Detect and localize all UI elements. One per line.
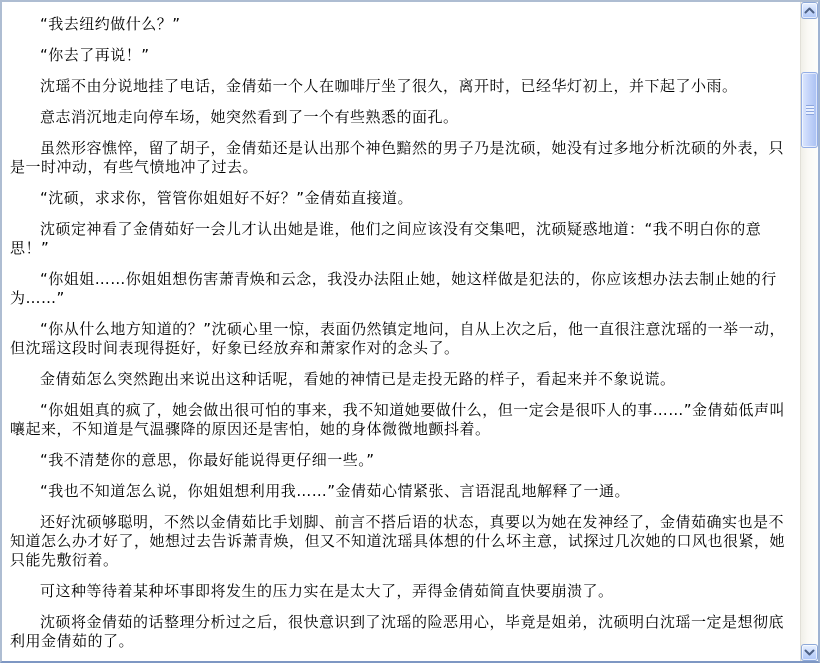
- paragraph: “你姐姐真的疯了，她会做出很可怕的事来，我不知道她要做什么，但一定会是很吓人的事…: [10, 401, 789, 439]
- paragraph: “你从什么地方知道的？”沈硕心里一惊，表面仍然镇定地问，自从上次之后，他一直很注…: [10, 320, 789, 358]
- paragraph: 还好沈硕够聪明，不然以金倩茹比手划脚、前言不搭后语的状态，真要以为她在发神经了，…: [10, 513, 789, 570]
- scroll-down-button[interactable]: [801, 644, 818, 661]
- paragraph: “沈硕，求求你，管管你姐姐好不好？”金倩茹直接道。: [10, 189, 789, 208]
- paragraph: 沈硕将金倩茹的话整理分析过之后，很快意识到了沈瑶的险恶用心，毕竟是姐弟，沈硕明白…: [10, 613, 789, 651]
- paragraph: “我不清楚你的意思，你最好能说得更仔细一些。”: [10, 451, 789, 470]
- paragraph: 沈硕定神看了金倩茹好一会儿才认出她是谁，他们之间应该没有交集吧，沈硕疑惑地道：“…: [10, 220, 789, 258]
- paragraph: 沈瑶不由分说地挂了电话，金倩茹一个人在咖啡厅坐了很久，离开时，已经华灯初上，并下…: [10, 77, 789, 96]
- paragraph: “我也不知道怎么说，你姐姐想利用我……”金倩茹心情紧张、言语混乱地解释了一通。: [10, 482, 789, 501]
- scroll-up-button[interactable]: [801, 2, 818, 19]
- scrollbar-grip-icon: [806, 105, 814, 115]
- paragraph: 金倩茹怎么突然跑出来说出这种话呢，看她的神情已是走投无路的样子，看起来并不象说谎…: [10, 370, 789, 389]
- scrollbar-thumb[interactable]: [801, 72, 818, 148]
- scrollbar-track[interactable]: [801, 19, 818, 644]
- paragraph: “我去纽约做什么？”: [10, 15, 789, 34]
- paragraph: “你姐姐……你姐姐想伤害萧青焕和云念，我没办法阻止她，她这样做是犯法的，你应该想…: [10, 270, 789, 308]
- chevron-up-icon: [804, 7, 815, 14]
- paragraph: 虽然形容憔悴，留了胡子，金倩茹还是认出那个神色黯然的男子乃是沈硕，她没有过多地分…: [10, 139, 789, 177]
- chevron-down-icon: [804, 649, 815, 656]
- paragraph: “你去了再说！”: [10, 46, 789, 65]
- paragraph: 意志消沉地走向停车场，她突然看到了一个有些熟悉的面孔。: [10, 108, 789, 127]
- vertical-scrollbar[interactable]: [800, 2, 818, 661]
- document-content: “我去纽约做什么？”“你去了再说！”沈瑶不由分说地挂了电话，金倩茹一个人在咖啡厅…: [2, 2, 799, 661]
- paragraph: 可这种等待着某种坏事即将发生的压力实在是太大了，弄得金倩茹简直快要崩溃了。: [10, 582, 789, 601]
- document-viewer: “我去纽约做什么？”“你去了再说！”沈瑶不由分说地挂了电话，金倩茹一个人在咖啡厅…: [0, 0, 820, 663]
